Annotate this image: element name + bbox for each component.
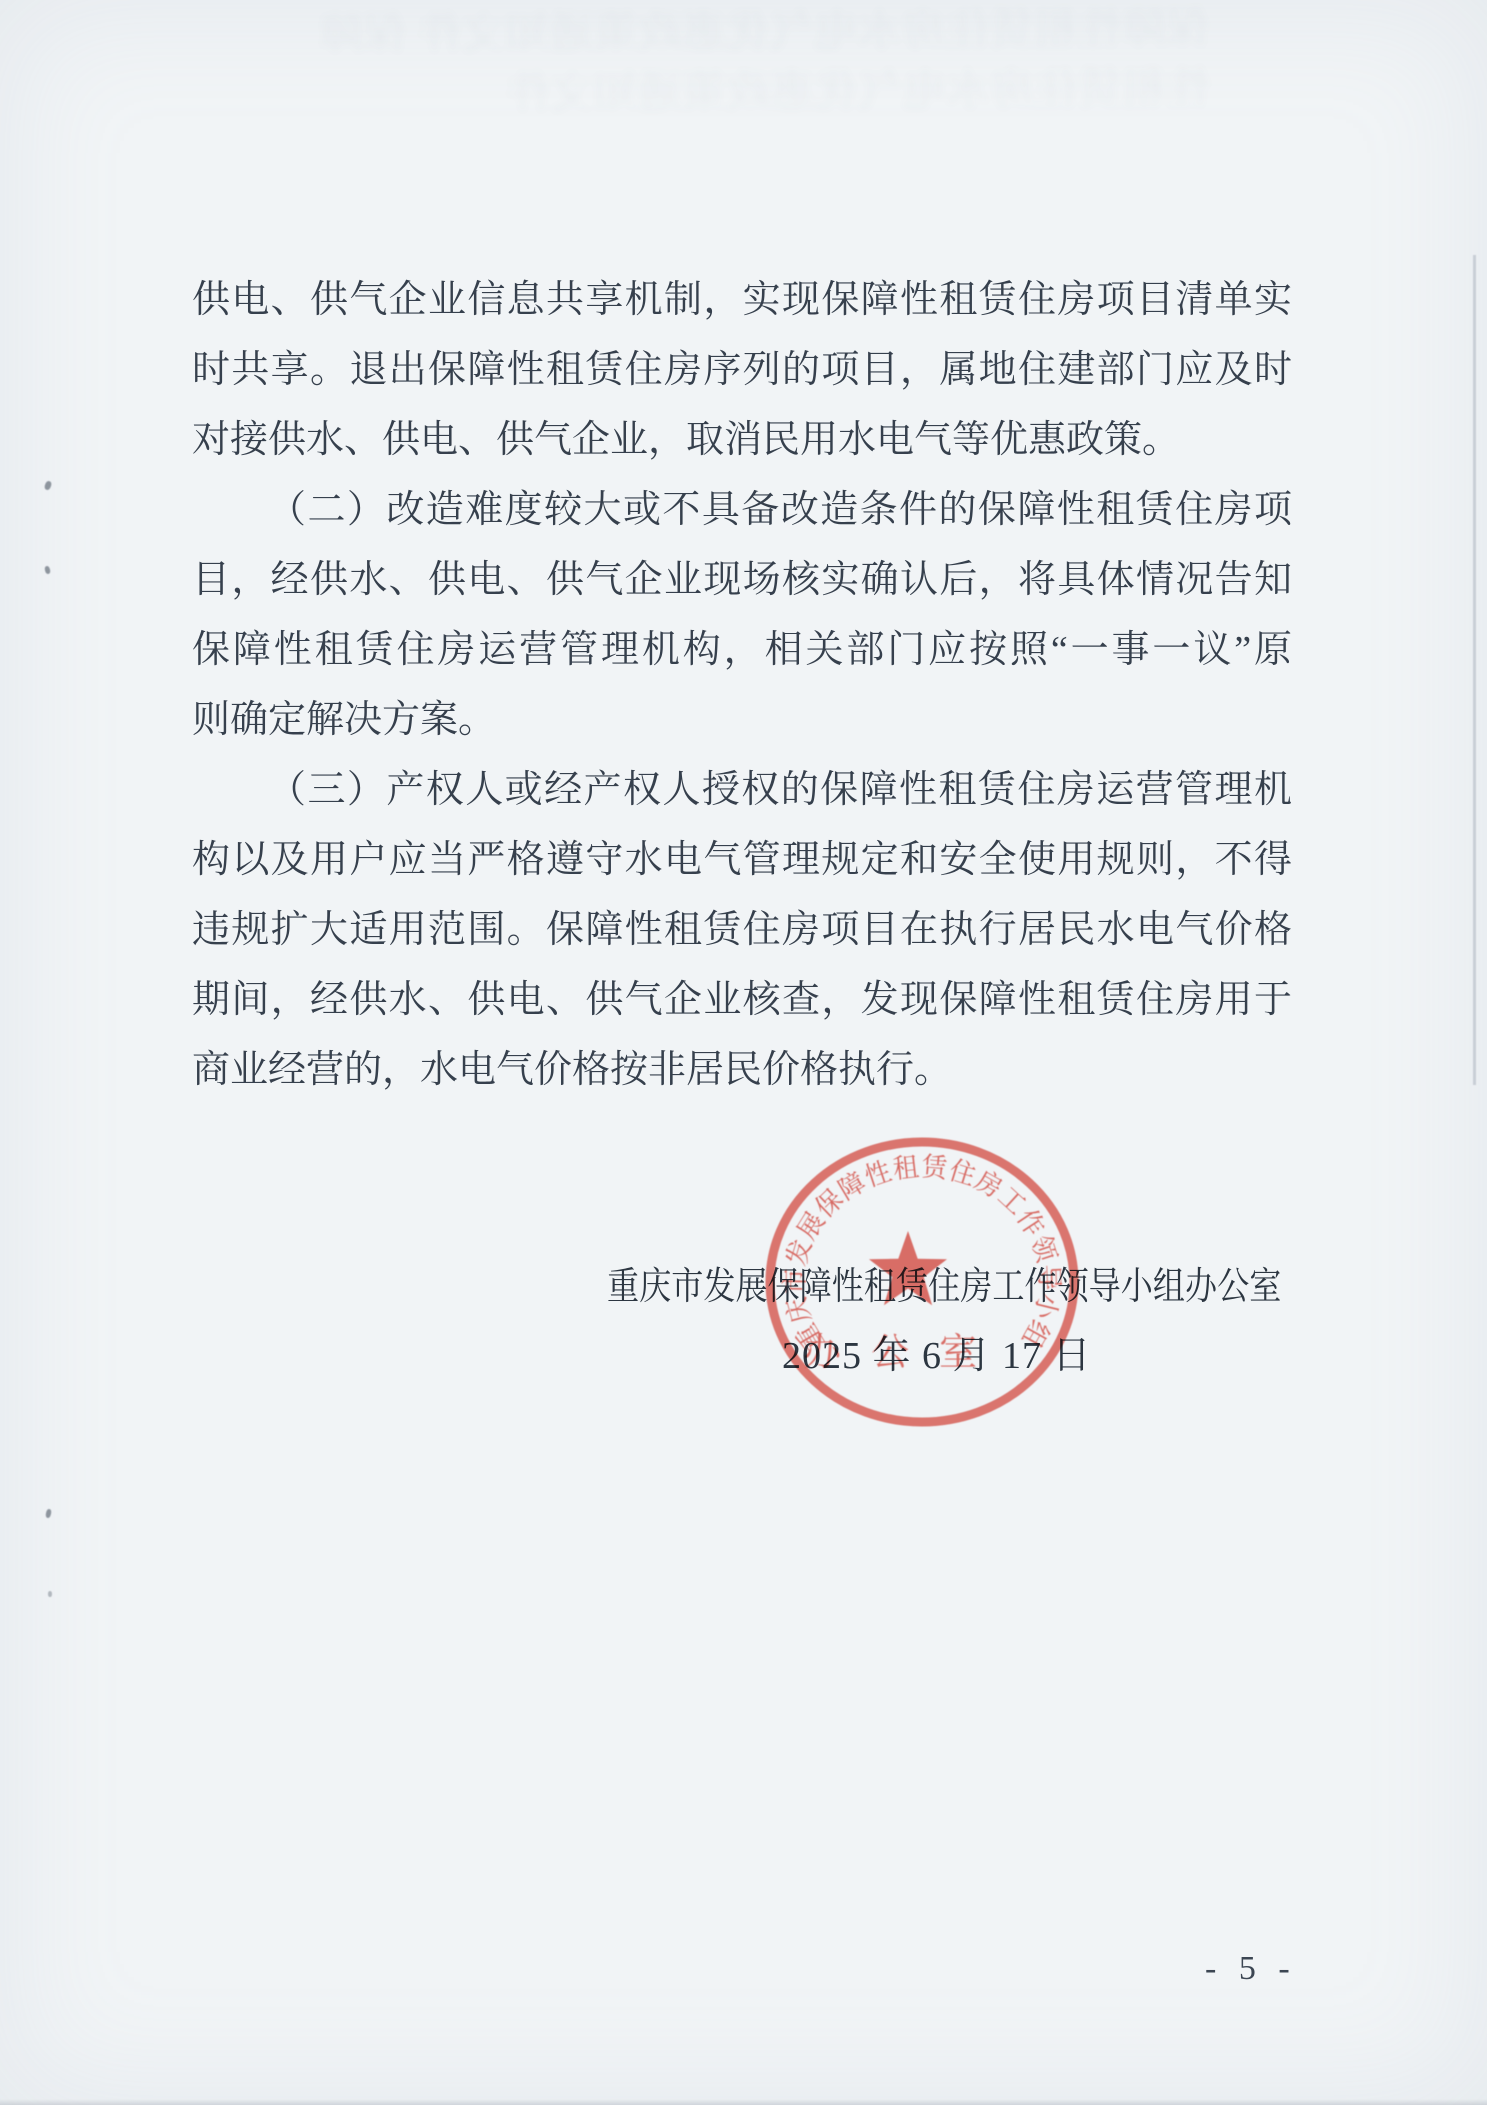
scan-speck: [44, 480, 53, 491]
page-number: - 5 -: [1205, 1950, 1297, 1988]
seal-inner-text: 办公室: [803, 1332, 1007, 1374]
body-line: 违规扩大适用范围。保障性租赁住房项目在执行居民水电气价格: [192, 895, 1292, 965]
body-line: 商业经营的，水电气价格按非居民价格执行。: [192, 1035, 1292, 1105]
body-line: 保障性租赁住房运营管理机构，相关部门应按照“一事一议”原: [192, 615, 1292, 685]
document-body: 供电、供气企业信息共享机制，实现保障性租赁住房项目清单实 时共享。退出保障性租赁…: [192, 265, 1292, 1105]
body-line: 时共享。退出保障性租赁住房序列的项目，属地住建部门应及时: [192, 335, 1292, 405]
scan-speck: [44, 566, 51, 575]
scan-speck: [48, 1591, 52, 1597]
body-line: 对接供水、供电、供气企业，取消民用水电气等优惠政策。: [192, 405, 1292, 475]
body-line: （二）改造难度较大或不具备改造条件的保障性租赁住房项: [192, 475, 1292, 545]
official-seal: 重庆市发展保障性租赁住房工作领导小组 办公室: [752, 1112, 1092, 1452]
scan-streak: [1473, 255, 1476, 1085]
bleedthrough-artifact: 保障性租赁住房水电气优惠政策通知文件 保障性租赁住房水电气优惠政策通知文件: [289, 0, 1210, 155]
seal-star-icon: [869, 1231, 947, 1305]
body-line: 构以及用户应当严格遵守水电气管理规定和安全使用规则，不得: [192, 825, 1292, 895]
body-line: 期间，经供水、供电、供气企业核查，发现保障性租赁住房用于: [192, 965, 1292, 1035]
body-line: 则确定解决方案。: [192, 685, 1292, 755]
page-bottom-edge: [0, 2099, 1487, 2105]
body-line: （三）产权人或经产权人授权的保障性租赁住房运营管理机: [192, 755, 1292, 825]
body-line: 供电、供气企业信息共享机制，实现保障性租赁住房项目清单实: [192, 265, 1292, 335]
body-line: 目，经供水、供电、供气企业现场核实确认后，将具体情况告知: [192, 545, 1292, 615]
scan-speck: [45, 1509, 52, 1519]
scanned-document-page: 保障性租赁住房水电气优惠政策通知文件 保障性租赁住房水电气优惠政策通知文件 供电…: [0, 0, 1487, 2105]
